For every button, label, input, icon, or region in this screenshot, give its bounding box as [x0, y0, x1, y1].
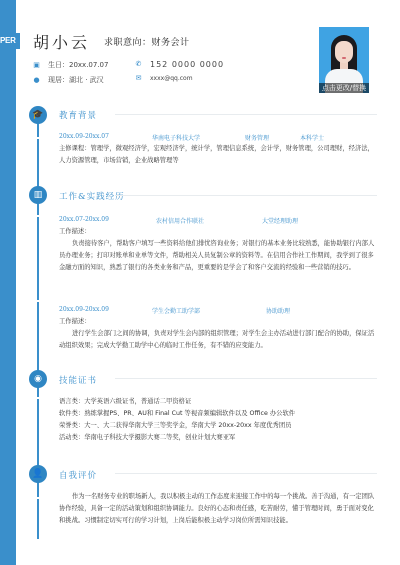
job-intent[interactable]: 求职意向：财务会计 — [104, 35, 190, 48]
self-evaluation: 作为一名财务专业的职场新人，我以积极主动的工作态度来迎接工作中的每一个挑战。善于… — [59, 491, 375, 527]
section-title-skills: 技能证书 — [59, 374, 97, 386]
work-1-period: 20xx.07-20xx.09 — [59, 216, 109, 223]
email-row: ✉ xxxx@qq.com — [135, 75, 193, 82]
education-major: 财务管理 — [245, 133, 269, 142]
work-2-desc: 工作描述： 进行学生会部门之间的协调，负责对学生会内部的组织管理；对学生会主办活… — [59, 316, 375, 352]
education-degree: 本科学士 — [300, 133, 324, 142]
birthday-row: ▣ 生日：20xx.07.07 — [33, 60, 108, 70]
email-text[interactable]: xxxx@qq.com — [150, 75, 193, 82]
section-title-work: 工作&实践经历 — [59, 190, 125, 202]
mail-icon: ✉ — [135, 75, 142, 82]
location-row: ● 现居：湖北 · 武汉 — [33, 75, 104, 85]
profile-photo[interactable]: 点击更改/替换 — [319, 27, 369, 93]
skills-list: 语言类：大学英语六级证书，普通话二甲资格证 软件类：熟练掌握PS、PR、AU和 … — [59, 396, 375, 444]
calendar-icon: ▣ — [33, 62, 40, 69]
section-title-education: 教育背景 — [59, 109, 97, 121]
left-accent-bar — [0, 0, 16, 565]
phone-text[interactable]: 152 0000 0000 — [150, 60, 224, 69]
work-2-period: 20xx.09-20xx.09 — [59, 306, 109, 313]
personal-tag: PER — [0, 33, 20, 49]
education-school: 华南电子科技大学 — [152, 133, 200, 142]
change-photo-caption[interactable]: 点击更改/替换 — [319, 83, 369, 93]
candidate-name[interactable]: 胡小云 — [33, 30, 90, 53]
work-2-role: 协助助理 — [266, 306, 290, 315]
graduation-cap-icon: 🎓 — [29, 106, 47, 124]
skill-honors: 荣誉类：大一、大二获得华南大学三等奖学金，华南大学 20xx-20xx 年度优秀… — [59, 420, 375, 432]
education-courses: 主修课程：管理学，微观经济学，宏观经济学，统计学，管理信息系统，会计学，财务管理… — [59, 143, 375, 167]
birthday-text[interactable]: 生日：20xx.07.07 — [48, 60, 108, 70]
skill-activities: 活动类：华南电子科技大学摄影大赛二等奖，创业计划大赛亚军 — [59, 432, 375, 444]
section-title-self: 自我评价 — [59, 469, 97, 481]
work-1-role: 大堂经理助理 — [262, 216, 298, 225]
person-icon: 👤 — [29, 465, 47, 483]
phone-row: ✆ 152 0000 0000 — [135, 60, 224, 69]
work-1-desc: 工作描述： 负责接待客户，帮助客户填写一些资料给他们排忧咨询业务；对银行的基本业… — [59, 226, 375, 274]
work-2-org: 学生会勤工助学部 — [152, 306, 200, 315]
phone-icon: ✆ — [135, 61, 142, 68]
bar-chart-icon: ▥ — [29, 186, 47, 204]
mouse-icon: ◉ — [29, 370, 47, 388]
location-pin-icon: ● — [33, 77, 40, 84]
skill-software: 软件类：熟练掌握PS、PR、AU和 Final Cut 等视音频编辑软件以及 O… — [59, 408, 375, 420]
education-period: 20xx.09-20xx.07 — [59, 133, 109, 140]
location-text[interactable]: 现居：湖北 · 武汉 — [48, 75, 104, 85]
skill-language: 语言类：大学英语六级证书，普通话二甲资格证 — [59, 396, 375, 408]
work-1-org: 农村信用合作联社 — [156, 216, 204, 225]
